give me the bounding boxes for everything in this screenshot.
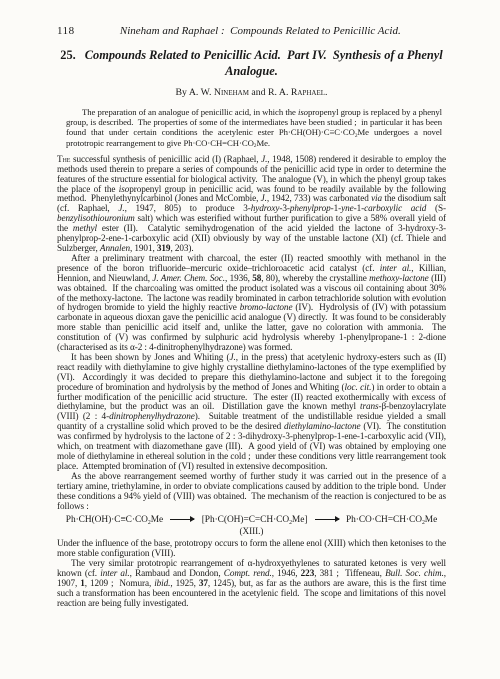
paragraph-mechanism: Under the influence of the base, prototr…	[57, 539, 446, 559]
reaction-arrow-icon	[170, 519, 194, 520]
page-number: 118	[57, 25, 75, 37]
article-title: 25.Compounds Related to Penicillic Acid.…	[59, 48, 444, 79]
paragraph-diethylamino-lactone: It has been shown by Jones and Whiting (…	[57, 353, 446, 472]
article-number: 25.	[60, 48, 76, 62]
paragraph-intro: The successful synthesis of penicillic a…	[57, 155, 446, 254]
paragraph-conclusion: The very similar prototropic rearrangeme…	[57, 559, 446, 609]
reaction-scheme: Ph·CH(OH)·C≡C·CO2Me [Ph·C(OH)=C=CH·CO2Me…	[57, 515, 446, 536]
paragraph-methoxy-lactone: After a preliminary treatment with charc…	[57, 254, 446, 353]
scheme-label: (XIII.)	[57, 526, 446, 536]
journal-page: 118 Nineham and Raphael : Compounds Rela…	[0, 0, 500, 679]
article-title-text: Compounds Related to Penicillic Acid. Pa…	[85, 48, 443, 78]
running-title: Nineham and Raphael : Compounds Related …	[75, 25, 446, 37]
abstract: The preparation of an analogue of penici…	[66, 107, 442, 148]
byline: By A. W. Nineham and R. A. Raphael.	[57, 87, 446, 98]
reaction-arrow-icon	[315, 519, 339, 520]
reaction-equation: Ph·CH(OH)·C≡C·CO2Me [Ph·C(OH)=C=CH·CO2Me…	[57, 515, 446, 526]
running-head: 118 Nineham and Raphael : Compounds Rela…	[57, 25, 446, 37]
paragraph-rearrangement: As the above rearrangement seemed worthy…	[57, 472, 446, 512]
